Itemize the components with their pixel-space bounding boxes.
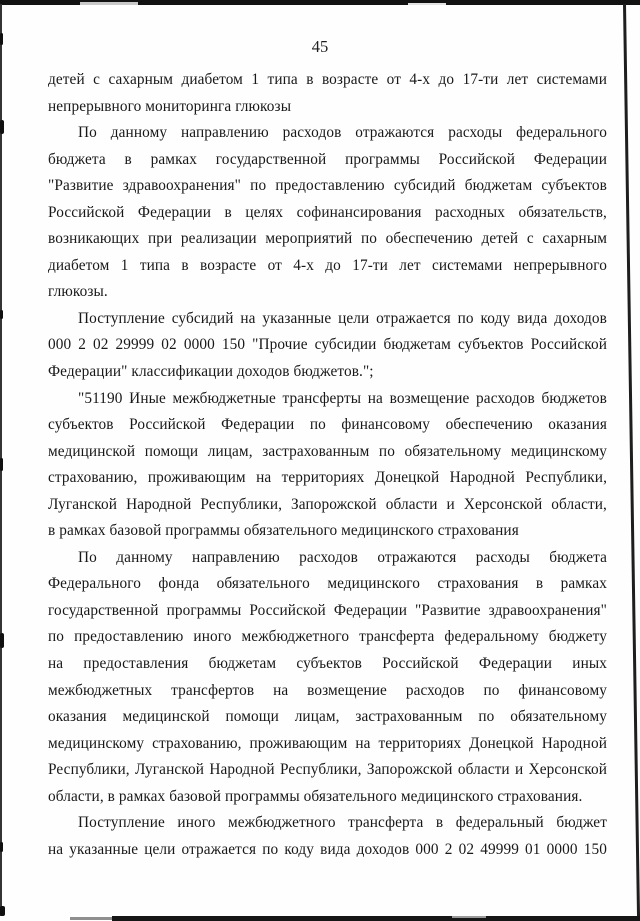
text-line: диабетом 1 типа в возрасте от 4-х до 17-… (48, 253, 607, 280)
paragraph: Поступление субсидий на указанные цели о… (48, 306, 607, 386)
text-line: Федерального фонда обязательного медицин… (48, 571, 607, 598)
paragraph: Поступление иного межбюджетного трансфер… (48, 810, 607, 863)
paragraph: По данному направлению расходов отражают… (48, 545, 607, 810)
scan-border-right (623, 4, 640, 918)
text-line: непрерывного мониторинга глюкозы (48, 94, 607, 121)
scan-border-bottom-gap (452, 916, 486, 918)
text-line: на указанные цели отражается по коду вид… (48, 837, 607, 864)
edge-smudge (0, 310, 3, 319)
paragraph: По данному направлению расходов отражают… (48, 120, 607, 306)
text-line: детей с сахарным диабетом 1 типа в возра… (48, 67, 607, 94)
document-content: детей с сахарным диабетом 1 типа в возра… (48, 67, 607, 863)
text-line: оказания медицинской помощи лицам, застр… (48, 704, 607, 731)
text-line: государственной программы Российской Фед… (48, 598, 607, 625)
text-line: страхованию, проживающим на территориях … (48, 465, 607, 492)
text-line: Поступление субсидий на указанные цели о… (48, 306, 607, 333)
edge-smudge (0, 458, 3, 471)
text-line: медицинской помощи лицам, застрахованным… (48, 439, 607, 466)
text-line: медицинскому страхованию, проживающим на… (48, 731, 607, 758)
paragraph: детей с сахарным диабетом 1 типа в возра… (48, 67, 607, 120)
text-line: Федерации" классификации доходов бюджето… (48, 359, 607, 386)
text-line: области, в рамках базовой программы обяз… (48, 784, 607, 811)
text-line: 000 2 02 29999 02 0000 150 "Прочие субси… (48, 332, 607, 359)
text-line: "51190 Иные межбюджетные трансферты на в… (48, 386, 607, 413)
text-line: межбюджетных трансфертов на возмещение р… (48, 678, 607, 705)
text-line: в рамках базовой программы обязательного… (48, 518, 607, 545)
scan-border-bottom (112, 916, 640, 921)
text-line: Республики, Луганской Народной Республик… (48, 757, 607, 784)
scan-border-top-gap (408, 3, 446, 5)
paragraph: "51190 Иные межбюджетные трансферты на в… (48, 386, 607, 545)
page-number: 45 (0, 37, 640, 57)
text-line: Российской Федерации в целях софинансиро… (48, 200, 607, 227)
text-line: "Развитие здравоохранения" по предоставл… (48, 173, 607, 200)
text-line: на предоставления бюджетам субъектов Рос… (48, 651, 607, 678)
text-line: По данному направлению расходов отражают… (48, 545, 607, 572)
scanned-document-page: 45 детей с сахарным диабетом 1 типа в во… (0, 0, 640, 921)
text-line: По данному направлению расходов отражают… (48, 120, 607, 147)
edge-smudge (0, 120, 4, 134)
text-line: субъектов Российской Федерации по финанс… (48, 412, 607, 439)
text-line: Поступление иного межбюджетного трансфер… (48, 810, 607, 837)
text-line: глюкозы. (48, 279, 607, 306)
edge-smudge (0, 906, 5, 916)
edge-smudge (0, 633, 4, 648)
text-line: по предоставлению иного межбюджетного тр… (48, 624, 607, 651)
edge-smudge (0, 842, 3, 852)
text-line: возникающих при реализации мероприятий п… (48, 226, 607, 253)
scan-border-top-gap (80, 2, 138, 5)
text-line: Луганской Народной Республики, Запорожск… (48, 492, 607, 519)
text-line: бюджета в рамках государственной програм… (48, 147, 607, 174)
